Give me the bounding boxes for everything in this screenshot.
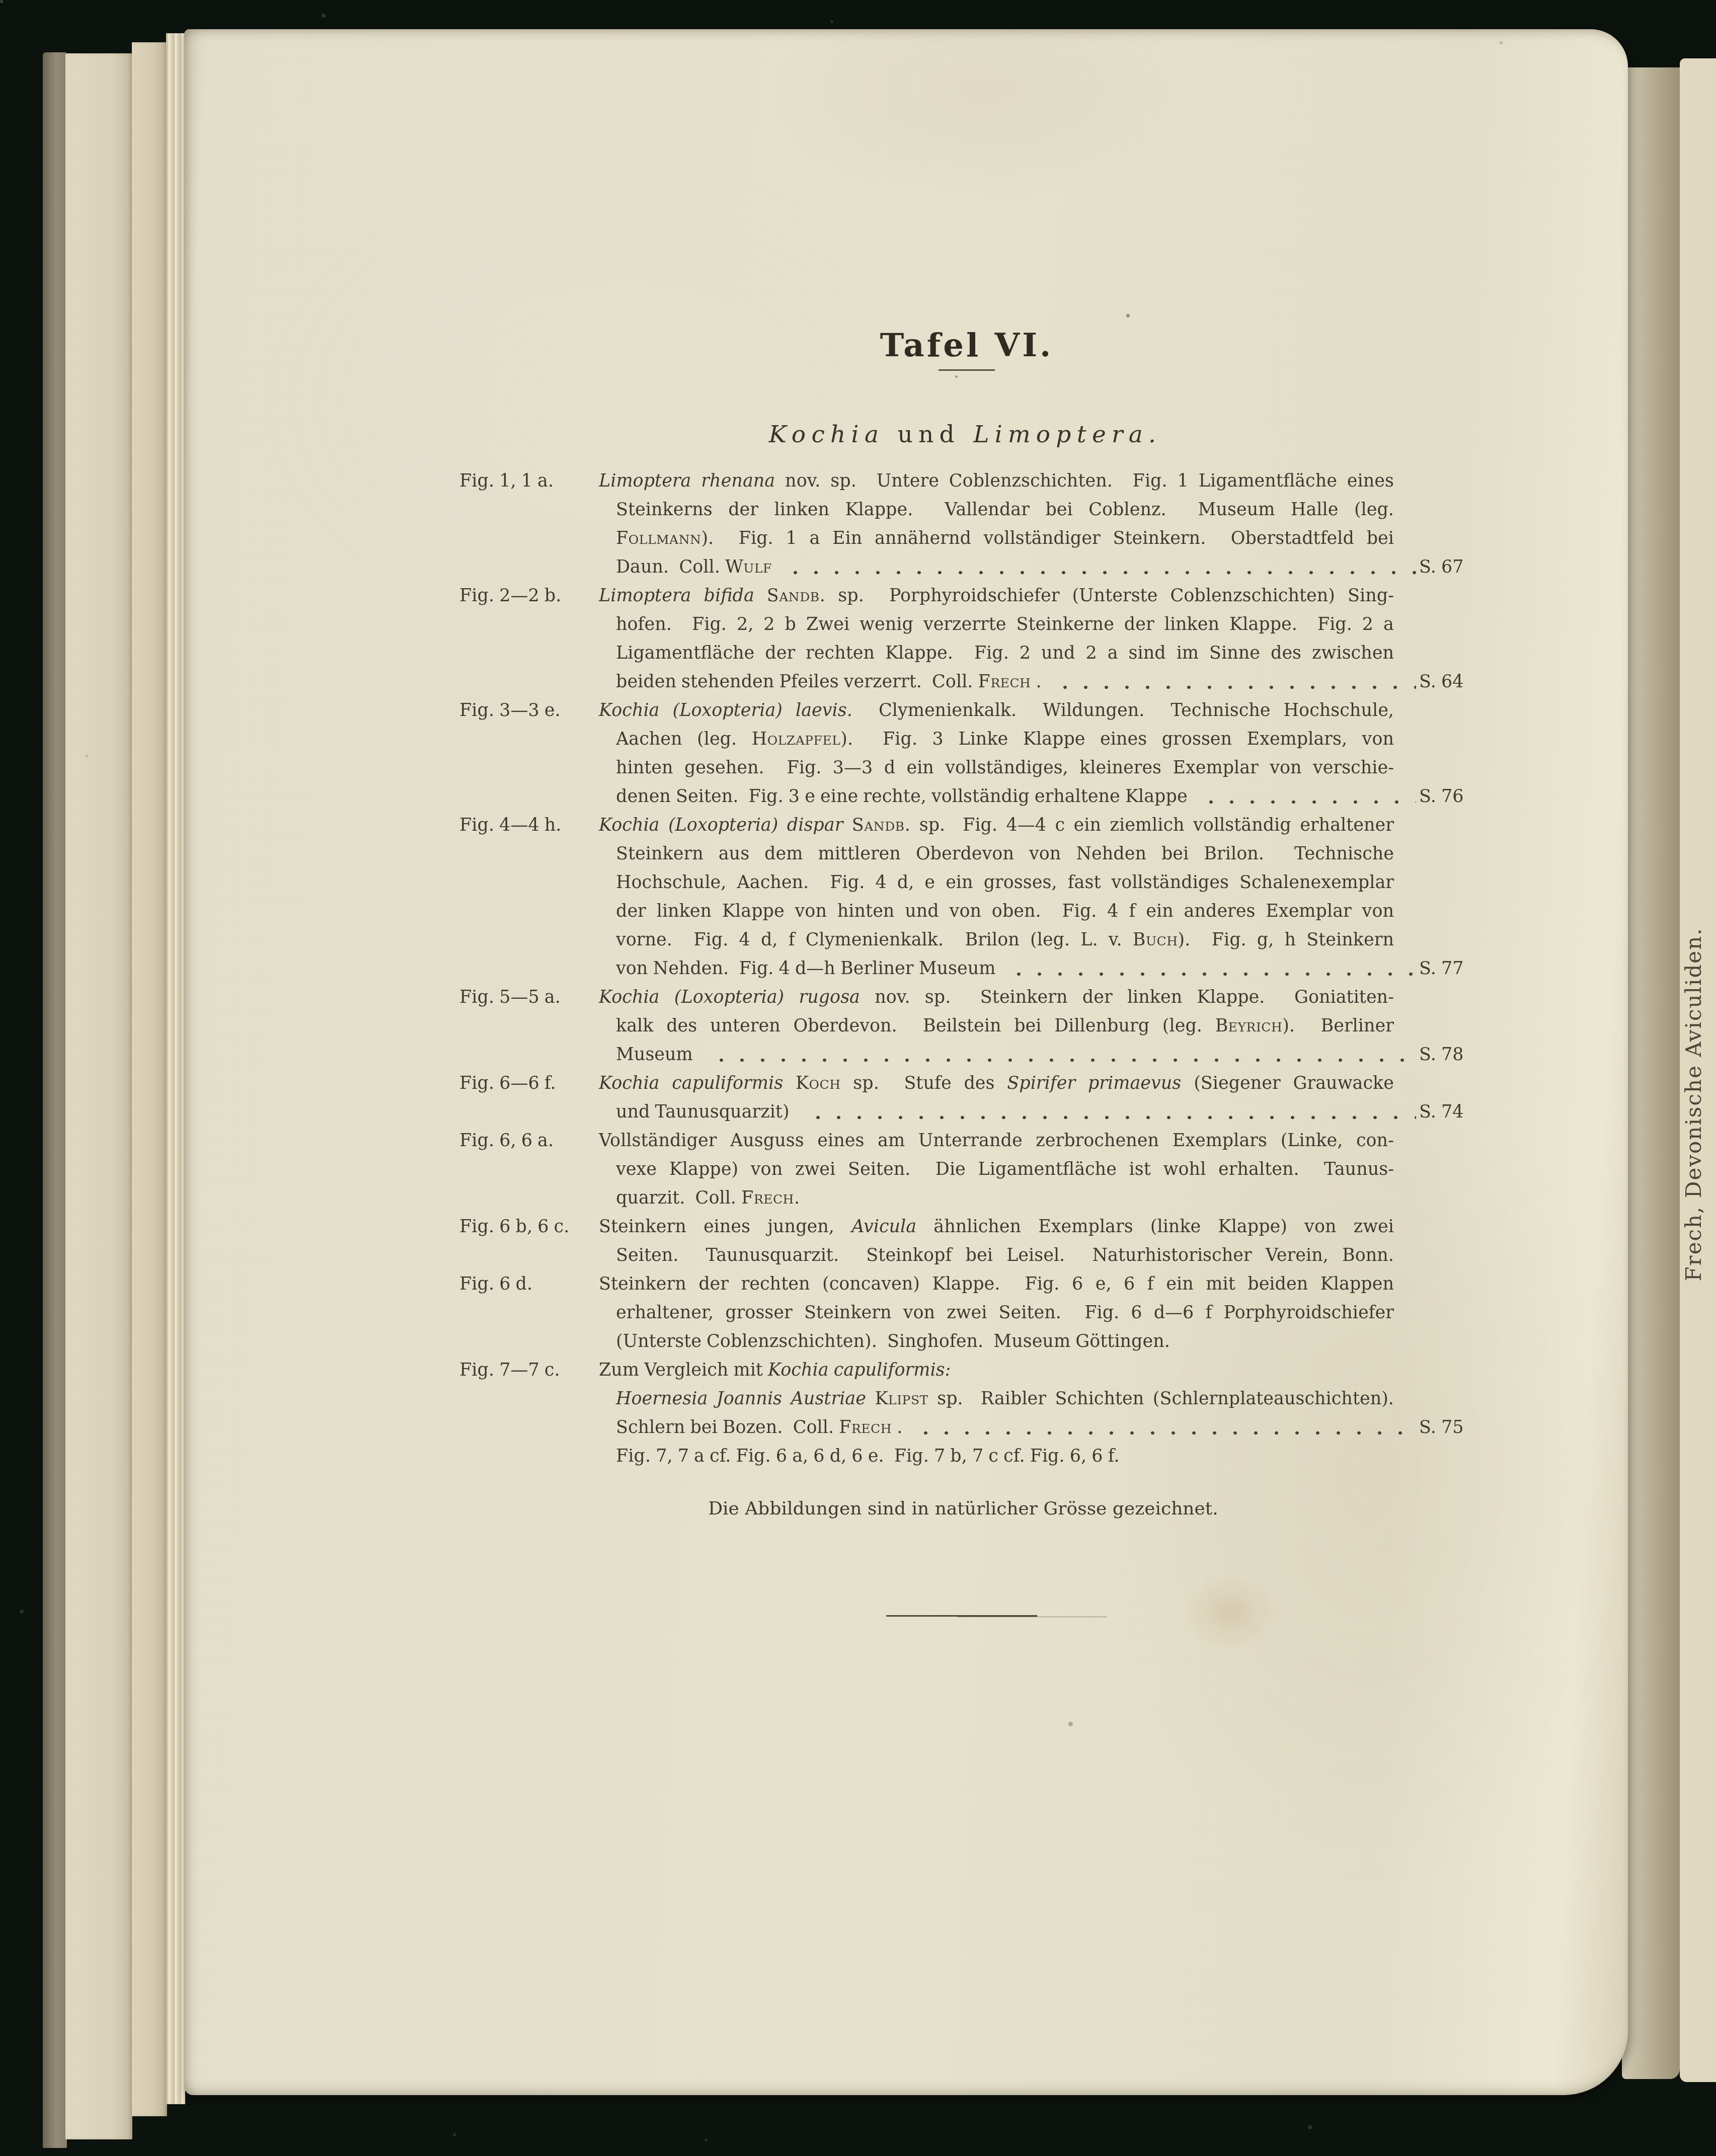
entry-line: Schlern bei Bozen. Coll. Frech .S. 75 (616, 1413, 1475, 1442)
text-segment: Fig. 7, 7 a cf. Fig. 6 a, 6 d, 6 e. Fig.… (616, 1446, 1120, 1466)
text-segment: Steinkern aus dem mittleren Oberdevon vo… (616, 844, 1394, 864)
page-edge-cream-2 (132, 42, 167, 2116)
figure-entry: Fig. 6, 6 a.Vollständiger Ausguss eines … (599, 1127, 1475, 1213)
text-segment: Kochia (Loxopteria) laevis. (599, 700, 852, 721)
text-segment: der linken Klappe von hinten und von obe… (616, 901, 1394, 921)
text-segment: Clymenienkalk. Wildungen. Technische Hoc… (852, 700, 1394, 721)
text-segment: Frech (978, 672, 1031, 692)
text-segment: sp. Fig. 4—4 c ein ziemlich vollständig … (910, 815, 1394, 835)
figure-entry: Fig. 5—5 a.Kochia (Loxopteria) rugosa no… (599, 983, 1475, 1069)
text-segment: Schlern bei Bozen. Coll. (616, 1417, 839, 1438)
text-segment: nov. sp. Untere Coblenzschichten. Fig. 1… (775, 471, 1394, 491)
dotted-leader (1002, 954, 1416, 983)
entry-line: Vollständiger Ausguss eines am Unterrand… (599, 1127, 1394, 1155)
figure-label: Fig. 6 b, 6 c. (459, 1213, 569, 1241)
figure-entry: Fig. 7—7 c.Zum Vergleich mit Kochia capu… (599, 1356, 1475, 1471)
entry-line: Kochia (Loxopteria) dispar Sandb. sp. Fi… (599, 811, 1394, 840)
text-segment: hinten gesehen. Fig. 3—3 d ein vollständ… (616, 758, 1394, 778)
paper-speck (1068, 1722, 1073, 1726)
dotted-leader (1195, 782, 1416, 811)
subtitle-genus-limoptera: Limoptera. (973, 421, 1161, 448)
text-segment: beiden stehenden Pfeiles verzerrt. Coll. (616, 672, 978, 692)
text-segment: Beyrich (1215, 1016, 1283, 1036)
text-segment: Spirifer primaevus (1007, 1073, 1181, 1093)
text-segment: . (892, 1417, 902, 1438)
text-segment: Kochia (Loxopteria) dispar (599, 815, 843, 835)
entry-line: kalk des unteren Oberdevon. Beilstein be… (616, 1012, 1394, 1041)
text-segment: ähnlichen Exemplars (linke Klappe) von z… (916, 1217, 1394, 1237)
text-segment: Limoptera bifida (599, 586, 754, 606)
page-reference: S. 74 (1419, 1098, 1475, 1127)
text-segment: kalk des unteren Oberdevon. Beilstein be… (616, 1016, 1215, 1036)
figure-entry-list: Fig. 1, 1 a.Limoptera rhenana nov. sp. U… (184, 467, 1475, 1471)
entry-line: hinten gesehen. Fig. 3—3 d ein vollständ… (616, 754, 1394, 782)
text-segment: Museum (616, 1045, 698, 1065)
page-reference: S. 64 (1419, 668, 1475, 696)
entry-line: Limoptera bifida Sandb. sp. Porphyroidsc… (599, 582, 1394, 610)
entry-line: Kochia (Loxopteria) rugosa nov. sp. Stei… (599, 983, 1394, 1012)
entry-line-text: Schlern bei Bozen. Coll. Frech . (616, 1413, 902, 1442)
text-segment: (Siegener Grauwacke (1181, 1073, 1394, 1093)
entry-line: Seiten. Taunusquarzit. Steinkopf bei Lei… (616, 1241, 1394, 1270)
entry-line: beiden stehenden Pfeiles verzerrt. Coll.… (616, 668, 1475, 696)
text-segment: sp. Raibler Schichten (Schlernplateausch… (928, 1389, 1394, 1409)
figure-entry: Fig. 4—4 h.Kochia (Loxopteria) dispar Sa… (599, 811, 1475, 983)
text-segment (866, 1389, 875, 1409)
side-caption-rotated: Frech, Devonische Aviculiden. (1681, 903, 1712, 1306)
dotted-leader (909, 1413, 1416, 1442)
entry-line: und Taunusquarzit) S. 74 (616, 1098, 1475, 1127)
entry-line: Steinkern eines jungen, Avicula ähnliche… (599, 1213, 1394, 1241)
text-segment: . (794, 1188, 800, 1208)
text-segment: Koch (796, 1073, 841, 1093)
text-segment: . (1031, 672, 1041, 692)
text-segment: Kochia capuliformis (599, 1073, 783, 1093)
figure-label: Fig. 6, 6 a. (459, 1127, 554, 1155)
page-edge-stack (166, 33, 185, 2104)
text-segment: Kochia (Loxopteria) rugosa (599, 987, 860, 1007)
text-segment: Buch (1133, 930, 1178, 950)
page-reference: S. 78 (1419, 1041, 1475, 1069)
figure-label: Fig. 7—7 c. (459, 1356, 560, 1385)
paper-speck (1126, 314, 1130, 317)
page-reference: S. 75 (1419, 1413, 1475, 1442)
entry-line-text: Museum (616, 1041, 698, 1069)
entry-line: Hochschule, Aachen. Fig. 4 d, e ein gros… (616, 868, 1394, 897)
entry-line: vorne. Fig. 4 d, f Clymenienkalk. Brilon… (616, 926, 1394, 954)
text-segment: Zum Vergleich mit (599, 1360, 768, 1380)
entry-line: Aachen (leg. Holzapfel). Fig. 3 Linke Kl… (616, 725, 1394, 754)
text-segment: ). Fig. 1 a Ein annähernd vollständiger … (701, 528, 1394, 548)
text-segment: Aachen (leg. (616, 729, 752, 749)
text-segment: hofen. Fig. 2, 2 b Zwei wenig verzerrte … (616, 614, 1394, 634)
figure-label: Fig. 4—4 h. (459, 811, 561, 840)
text-segment: (Unterste Coblenzschichten). Singhofen. … (616, 1331, 1170, 1351)
text-segment: denen Seiten. Fig. 3 e eine rechte, voll… (616, 786, 1188, 807)
dotted-leader (802, 1098, 1416, 1127)
text-segment: nov. sp. Steinkern der linken Klappe. Go… (860, 987, 1394, 1007)
text-segment: sp. Porphyroidschiefer (Unterste Coblenz… (825, 586, 1394, 606)
figure-entry: Fig. 6 b, 6 c.Steinkern eines jungen, Av… (599, 1213, 1475, 1270)
paper-speck (955, 375, 958, 378)
entry-line: hofen. Fig. 2, 2 b Zwei wenig verzerrte … (616, 610, 1394, 639)
entry-line: denen Seiten. Fig. 3 e eine rechte, voll… (616, 782, 1475, 811)
entry-line: Steinkern der rechten (concaven) Klappe.… (599, 1270, 1394, 1299)
entry-line: der linken Klappe von hinten und von obe… (616, 897, 1394, 926)
text-segment: Steinkerns der linken Klappe. Vallendar … (616, 500, 1394, 520)
text-segment: von Nehden. Fig. 4 d—h Berliner Museum (616, 959, 995, 979)
page-reference: S. 67 (1419, 553, 1475, 582)
text-segment: Hochschule, Aachen. Fig. 4 d, e ein gros… (616, 872, 1394, 893)
entry-line: Steinkerns der linken Klappe. Vallendar … (616, 496, 1394, 524)
text-segment: Daun. Coll. (616, 557, 725, 577)
figure-entry: Fig. 3—3 e.Kochia (Loxopteria) laevis. C… (599, 696, 1475, 811)
entry-line-text: beiden stehenden Pfeiles verzerrt. Coll.… (616, 668, 1042, 696)
text-segment: Wulf (725, 557, 772, 577)
text-segment: Limoptera rhenana (599, 471, 775, 491)
text-segment: sp. Stufe des (841, 1073, 1007, 1093)
entry-line: vexe Klappe) von zwei Seiten. Die Ligame… (616, 1155, 1394, 1184)
entry-line-text: denen Seiten. Fig. 3 e eine rechte, voll… (616, 782, 1188, 811)
entry-line: Hoernesia Joannis Austriae Klipst sp. Ra… (616, 1385, 1394, 1413)
text-segment (754, 586, 767, 606)
text-segment: Steinkern der rechten (concaven) Klappe.… (599, 1274, 1394, 1294)
text-segment: Seiten. Taunusquarzit. Steinkopf bei Lei… (616, 1245, 1394, 1265)
scanned-page: Tafel VI. Kochia und Limoptera. Fig. 1, … (184, 29, 1628, 2095)
text-segment (783, 1073, 796, 1093)
text-segment: erhaltener, grosser Steinkern von zwei S… (616, 1303, 1394, 1323)
entry-line: Daun. Coll. WulfS. 67 (616, 553, 1475, 582)
footer-divider-rule (886, 1615, 1037, 1617)
page-reference: S. 76 (1419, 782, 1475, 811)
entry-line: Fig. 7, 7 a cf. Fig. 6 a, 6 d, 6 e. Fig.… (616, 1442, 1394, 1471)
subtitle-und: und (884, 421, 973, 448)
figure-entry: Fig. 6—6 f.Kochia capuliformis Koch sp. … (599, 1069, 1475, 1127)
text-segment: quarzit. Coll. (616, 1188, 741, 1208)
footer-note: Die Abbildungen sind in natürlicher Grös… (708, 1498, 1218, 1519)
entry-line: Kochia capuliformis Koch sp. Stufe des S… (599, 1069, 1394, 1098)
dotted-leader (779, 553, 1416, 582)
text-segment: ). Fig. g, h Steinkern (1178, 930, 1394, 950)
text-segment: Vollständiger Ausguss eines am Unterrand… (599, 1131, 1394, 1151)
entry-line: (Unterste Coblenzschichten). Singhofen. … (616, 1327, 1394, 1356)
entry-line-text: und Taunusquarzit) (616, 1098, 795, 1127)
text-segment: ). Fig. 3 Linke Klappe eines grossen Exe… (840, 729, 1394, 749)
figure-label: Fig. 1, 1 a. (459, 467, 554, 496)
text-segment: Sandb. (767, 586, 825, 606)
text-segment: vorne. Fig. 4 d, f Clymenienkalk. Brilon… (616, 930, 1133, 950)
entry-line: von Nehden. Fig. 4 d—h Berliner MuseumS.… (616, 954, 1475, 983)
figure-entry: Fig. 1, 1 a.Limoptera rhenana nov. sp. U… (599, 467, 1475, 582)
book-gutter-shadow (1622, 67, 1680, 2079)
figure-entry: Fig. 2—2 b.Limoptera bifida Sandb. sp. P… (599, 582, 1475, 696)
text-segment: vexe Klappe) von zwei Seiten. Die Ligame… (616, 1159, 1394, 1179)
entry-line-text: Daun. Coll. Wulf (616, 553, 772, 582)
text-segment: Ligamentfläche der rechten Klappe. Fig. … (616, 643, 1394, 663)
text-segment: Steinkern eines jungen, (599, 1217, 851, 1237)
subtitle-genus-kochia: Kochia (769, 421, 884, 448)
text-segment: und Taunusquarzit) (616, 1102, 795, 1122)
figure-label: Fig. 6 d. (459, 1270, 532, 1299)
book-photograph: Tafel VI. Kochia und Limoptera. Fig. 1, … (0, 0, 1716, 2156)
text-segment: Frech (839, 1417, 892, 1438)
entry-line: Limoptera rhenana nov. sp. Untere Coblen… (599, 467, 1394, 496)
text-segment: Klipst (875, 1389, 928, 1409)
entry-line: Ligamentfläche der rechten Klappe. Fig. … (616, 639, 1394, 668)
text-segment: Hoernesia Joannis Austriae (616, 1389, 866, 1409)
text-segment: Holzapfel (752, 729, 841, 749)
page-edge-grey (43, 52, 67, 2148)
entry-line: Museum S. 78 (616, 1041, 1475, 1069)
entry-line: Steinkern aus dem mittleren Oberdevon vo… (616, 840, 1394, 868)
figure-label: Fig. 3—3 e. (459, 696, 561, 725)
figure-label: Fig. 2—2 b. (459, 582, 561, 610)
title-divider-rule (939, 369, 995, 371)
entry-line: erhaltener, grosser Steinkern von zwei S… (616, 1299, 1394, 1327)
text-segment (843, 815, 851, 835)
plate-subtitle: Kochia und Limoptera. (769, 421, 1162, 448)
page-reference: S. 77 (1419, 954, 1475, 983)
text-segment: Kochia capuliformis: (768, 1360, 951, 1380)
figure-label: Fig. 5—5 a. (459, 983, 561, 1012)
entry-line: Zum Vergleich mit Kochia capuliformis: (599, 1356, 1394, 1385)
text-segment: Follmann (616, 528, 701, 548)
text-segment: Sandb. (852, 815, 910, 835)
text-segment: Avicula (851, 1217, 916, 1237)
dotted-leader (1049, 668, 1416, 696)
page-edge-cream (65, 53, 132, 2139)
plate-title: Tafel VI. (880, 327, 1054, 364)
text-segment: ). Berliner (1282, 1016, 1394, 1036)
figure-entry: Fig. 6 d.Steinkern der rechten (concaven… (599, 1270, 1475, 1356)
entry-line: Follmann). Fig. 1 a Ein annähernd vollst… (616, 524, 1394, 553)
entry-line: quarzit. Coll. Frech. (616, 1184, 1394, 1213)
dotted-leader (705, 1041, 1416, 1069)
text-segment: Frech (741, 1188, 794, 1208)
entry-line-text: von Nehden. Fig. 4 d—h Berliner Museum (616, 954, 995, 983)
figure-label: Fig. 6—6 f. (459, 1069, 556, 1098)
entry-line: Kochia (Loxopteria) laevis. Clymenienkal… (599, 696, 1394, 725)
paper-stain (1183, 1575, 1276, 1650)
